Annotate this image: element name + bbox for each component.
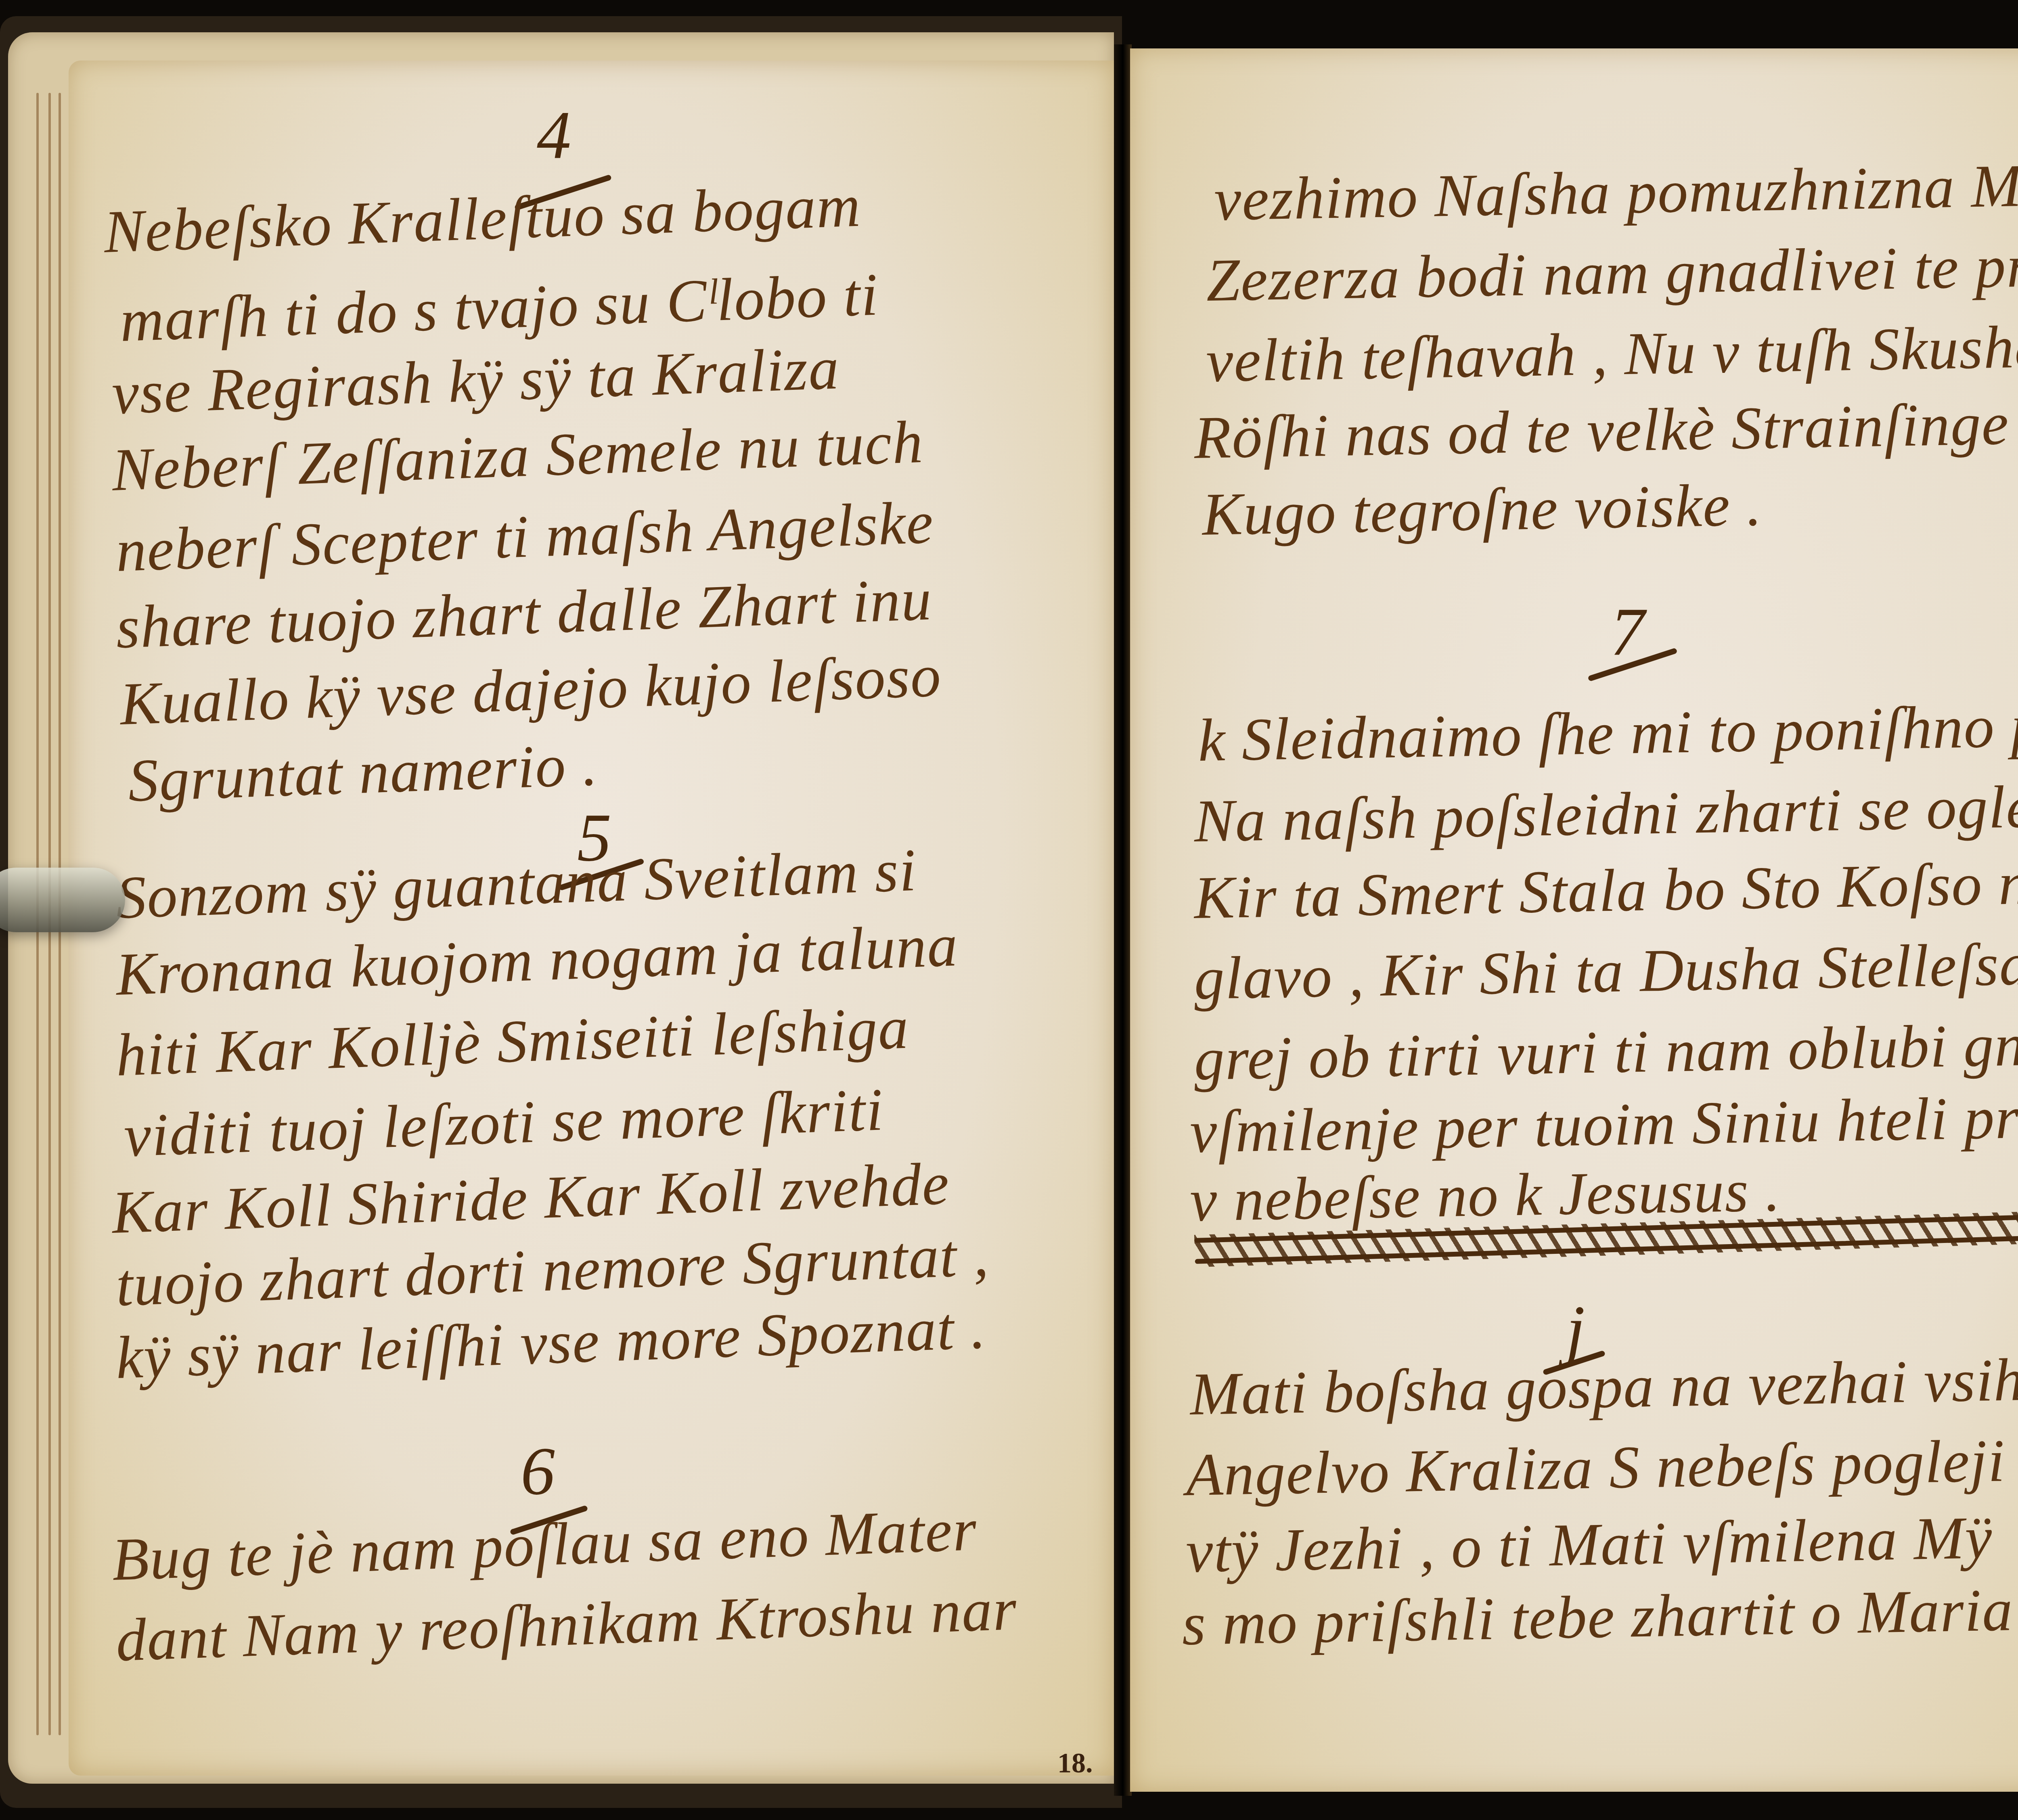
- manuscript-line: Na naſsh poſsleidni zharti se oglei: [1193, 776, 2018, 851]
- foliation-mark: 18.: [1057, 1747, 1093, 1780]
- manuscript-line: Röſhi nas od te velkè Strainſinge lat do: [1193, 391, 2018, 468]
- section-numeral-4: 4: [537, 101, 571, 169]
- manuscript-line: vtÿ Jezhi , o ti Mati vſmilena Mÿ: [1185, 1507, 1993, 1582]
- manuscript-line: veltih teſhavah , Nu v tuſh Skushauvah: [1206, 314, 2018, 391]
- manuscript-line: grej ob tirti vuri ti nam oblubi gnade: [1193, 1013, 2018, 1090]
- manuscript-line: Kir ta Smert Stala bo Sto Koſso nad: [1193, 852, 2018, 928]
- manuscript-line: v nebeſse no k Jesusus .: [1189, 1160, 1781, 1231]
- manuscript-line: glavo , Kir Shi ta Dusha Stelleſsa vun: [1193, 932, 2018, 1009]
- manuscript-line: vezhimo Naſsha pomuzhnizna Maria: [1214, 154, 2018, 230]
- manuscript-line: Mati boſsha gospa na vezhai vsih: [1189, 1349, 2018, 1425]
- manuscript-line: vſmilenje per tuoim Siniu hteli priſt: [1189, 1086, 2018, 1162]
- manuscript-line: Kugo tegroſne voiske .: [1202, 475, 1763, 545]
- book-spine-gutter: [1114, 44, 1132, 1796]
- glass-rod-weight-left: [0, 868, 125, 932]
- section-numeral-7: 7: [1610, 597, 1645, 666]
- manuscript-line: Sgruntat namerio .: [127, 734, 599, 811]
- manuscript-line: Angelvo Kraliza S nebeſs pogleji na nas: [1185, 1427, 2018, 1505]
- section-numeral-6: 6: [521, 1437, 555, 1505]
- manuscript-line: s mo priſshli tebe zhartit o Maria: [1181, 1579, 2014, 1655]
